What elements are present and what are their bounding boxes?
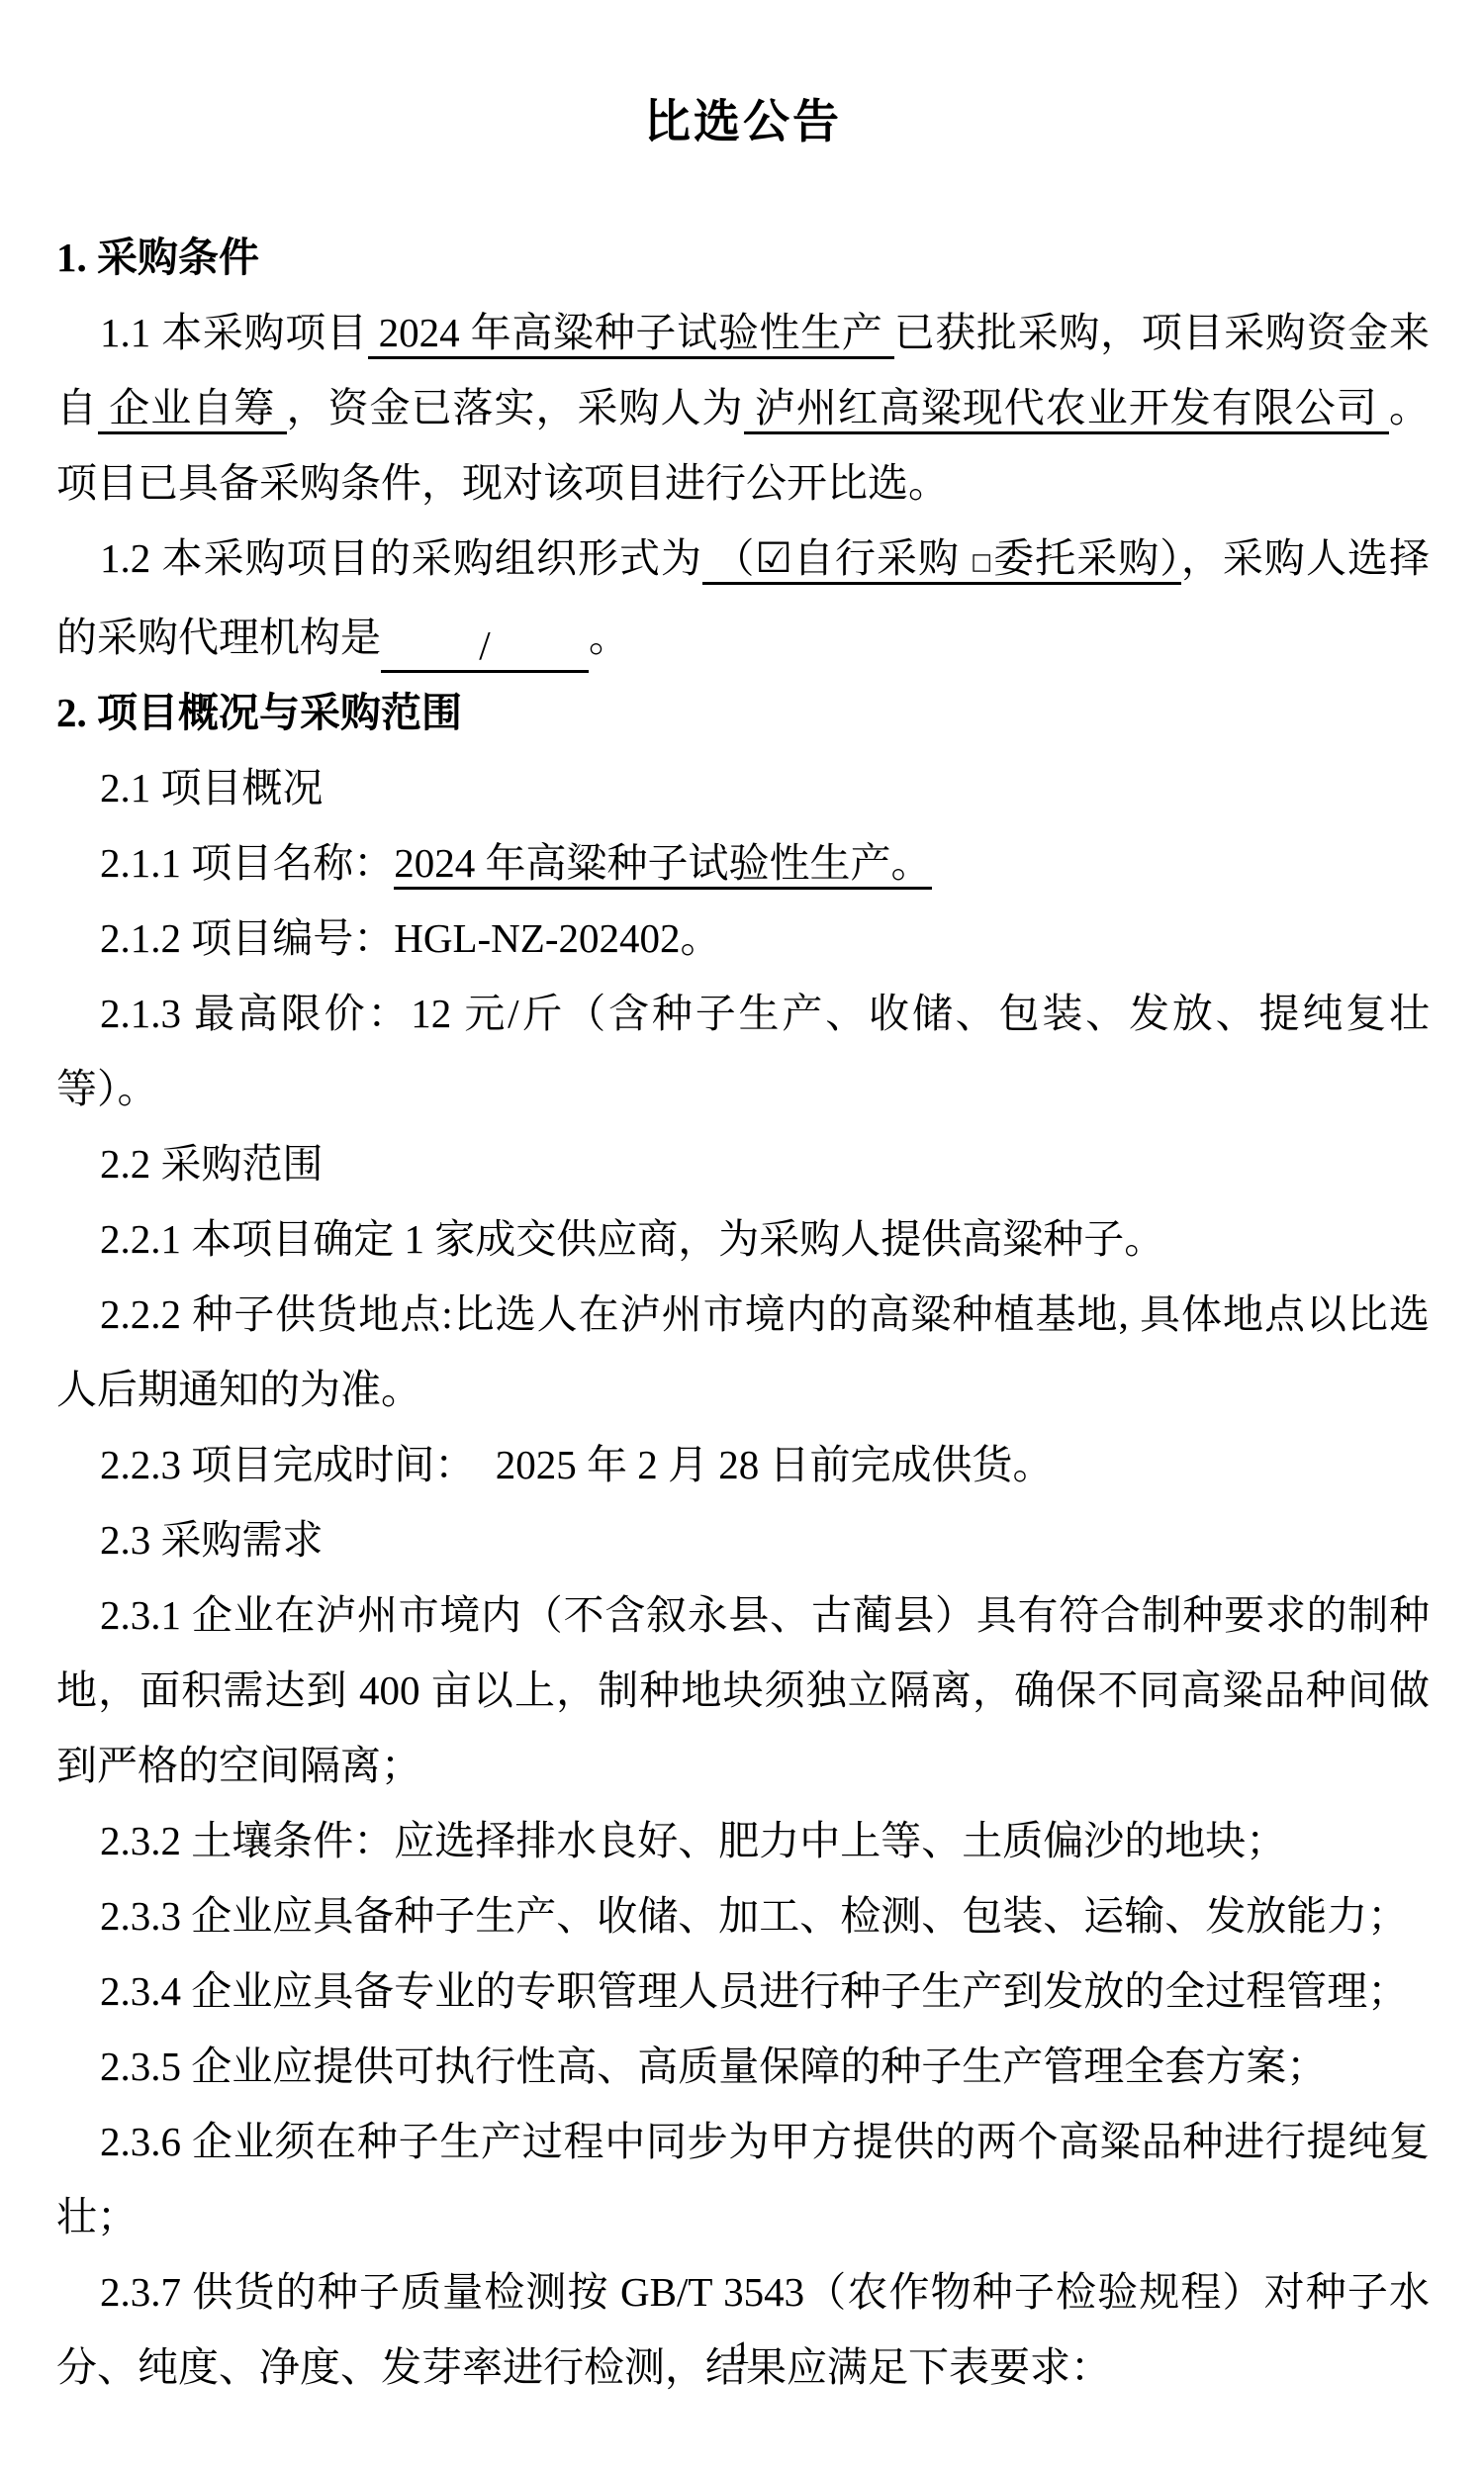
para-1-1: 1.1 本采购项目 2024 年高粱种子试验性生产 已获批采购，项目采购资金来自… <box>56 295 1430 521</box>
underline-org-form: （☑自行采购 □委托采购） <box>702 535 1181 585</box>
option-self-procurement: 自行采购 <box>792 535 972 581</box>
page-number: 1 <box>0 2333 1484 2373</box>
underline-funding-source: 企业自筹 <box>98 385 287 434</box>
para-2-3-6: 2.3.6 企业须在种子生产过程中同步为甲方提供的两个高粱品种进行提纯复壮； <box>56 2104 1430 2254</box>
para-2-2-2: 2.2.2 种子供货地点:比选人在泸州市境内的高粱种植基地, 具体地点以比选人后… <box>56 1277 1430 1427</box>
para-2-1-1: 2.1.1 项目名称：2024 年高粱种子试验性生产。 <box>56 825 1430 901</box>
text-run: （ <box>702 535 755 581</box>
para-2-2: 2.2 采购范围 <box>56 1126 1430 1201</box>
text-run: 。 <box>589 615 629 660</box>
doc-body: 1. 采购条件 1.1 本采购项目 2024 年高粱种子试验性生产 已获批采购，… <box>56 220 1430 2405</box>
underline-project-name: 2024 年高粱种子试验性生产 <box>368 310 894 359</box>
underline-purchaser-name: 泸州红高粱现代农业开发有限公司 <box>744 385 1390 434</box>
text-run: 2.1.1 项目名称： <box>100 840 394 886</box>
doc-title: 比选公告 <box>56 91 1430 154</box>
text-run: 1.1 本采购项目 <box>100 310 368 355</box>
checkbox-checked-icon: ☑ <box>755 533 791 582</box>
para-2-2-1: 2.2.1 本项目确定 1 家成交供应商，为采购人提供高粱种子。 <box>56 1201 1430 1277</box>
section-heading-1: 1. 采购条件 <box>56 220 1430 295</box>
section-heading-2: 2. 项目概况与采购范围 <box>56 675 1430 750</box>
option-entrusted-procurement: 委托采购） <box>993 535 1181 581</box>
para-2-2-3: 2.2.3 项目完成时间： 2025 年 2 月 28 日前完成供货。 <box>56 1427 1430 1502</box>
para-2-3-7: 2.3.7 供货的种子质量检测按 GB/T 3543（农作物种子检验规程）对种子… <box>56 2254 1430 2405</box>
text-run: 1.2 本采购项目的采购组织形式为 <box>100 535 702 581</box>
para-2-1-2: 2.1.2 项目编号：HGL-NZ-202402。 <box>56 901 1430 976</box>
para-1-2: 1.2 本采购项目的采购组织形式为 （☑自行采购 □委托采购），采购人选择的采购… <box>56 521 1430 675</box>
text-run: ，资金已落实，采购人为 <box>287 385 744 430</box>
para-2-1: 2.1 项目概况 <box>56 750 1430 825</box>
fill-in-blank: / <box>381 620 589 673</box>
para-2-3-1: 2.3.1 企业在泸州市境内（不含叙永县、古蔺县）具有符合制种要求的制种地，面积… <box>56 1577 1430 1803</box>
para-2-3-4: 2.3.4 企业应具备专业的专职管理人员进行种子生产到发放的全过程管理； <box>56 1953 1430 2029</box>
para-2-1-3: 2.1.3 最高限价：12 元/斤（含种子生产、收储、包装、发放、提纯复壮等）。 <box>56 976 1430 1126</box>
document-page: 比选公告 1. 采购条件 1.1 本采购项目 2024 年高粱种子试验性生产 已… <box>0 0 1484 2473</box>
checkbox-unchecked-icon: □ <box>971 549 993 575</box>
para-2-3-5: 2.3.5 企业应提供可执行性高、高质量保障的种子生产管理全套方案； <box>56 2029 1430 2104</box>
underline-project-name-2: 2024 年高粱种子试验性生产。 <box>394 840 931 890</box>
para-2-3: 2.3 采购需求 <box>56 1502 1430 1577</box>
para-2-3-3: 2.3.3 企业应具备种子生产、收储、加工、检测、包装、运输、发放能力； <box>56 1878 1430 1953</box>
para-2-3-2: 2.3.2 土壤条件：应选择排水良好、肥力中上等、土质偏沙的地块； <box>56 1803 1430 1878</box>
